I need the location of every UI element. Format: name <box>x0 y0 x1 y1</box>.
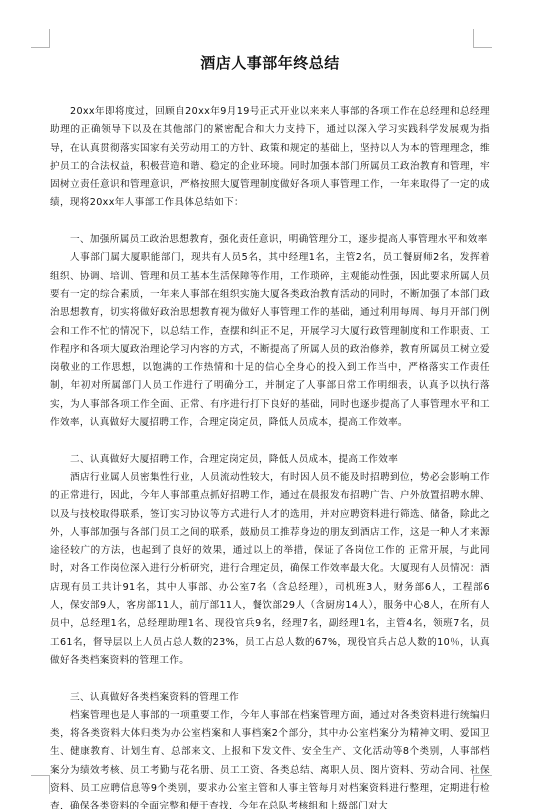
page-corner-mark-bottom-left <box>31 775 50 794</box>
section-body-1: 人事部门属大厦职能部门，现共有人员5名，其中经理1名，主管2名，员工餐厨师2名，… <box>50 249 490 432</box>
page-corner-mark-top-left <box>31 29 50 48</box>
document-title: 酒店人事部年终总结 <box>50 52 490 74</box>
section-body-2: 酒店行业属人员密集性行业，人员流动性较大，有时因人员不能及时招聘到位，势必会影响… <box>50 469 490 670</box>
paragraph-spacer <box>50 670 490 688</box>
section-heading-1: 一、加强所属员工政治思想教育，强化责任意识，明确管理分工，逐步提高人事管理水平和… <box>50 231 490 249</box>
paragraph-spacer <box>50 432 490 450</box>
section-body-3: 档案管理也是人事部的一项重要工作，今年人事部在档案管理方面，通过对各类资料进行统… <box>50 707 490 809</box>
section-heading-3: 三、认真做好各类档案资料的管理工作 <box>50 689 490 707</box>
page-corner-mark-top-right <box>473 29 492 48</box>
intro-paragraph: 20xx年即将度过，回顾自20xx年9月19号正式开业以来来人事部的各项工作在总… <box>50 103 490 213</box>
document-page: 酒店人事部年终总结 20xx年即将度过，回顾自20xx年9月19号正式开业以来来… <box>50 52 490 809</box>
paragraph-spacer <box>50 213 490 231</box>
section-heading-2: 二、认真做好大厦招聘工作，合理定岗定员，降低人员成本，提高工作效率 <box>50 451 490 469</box>
